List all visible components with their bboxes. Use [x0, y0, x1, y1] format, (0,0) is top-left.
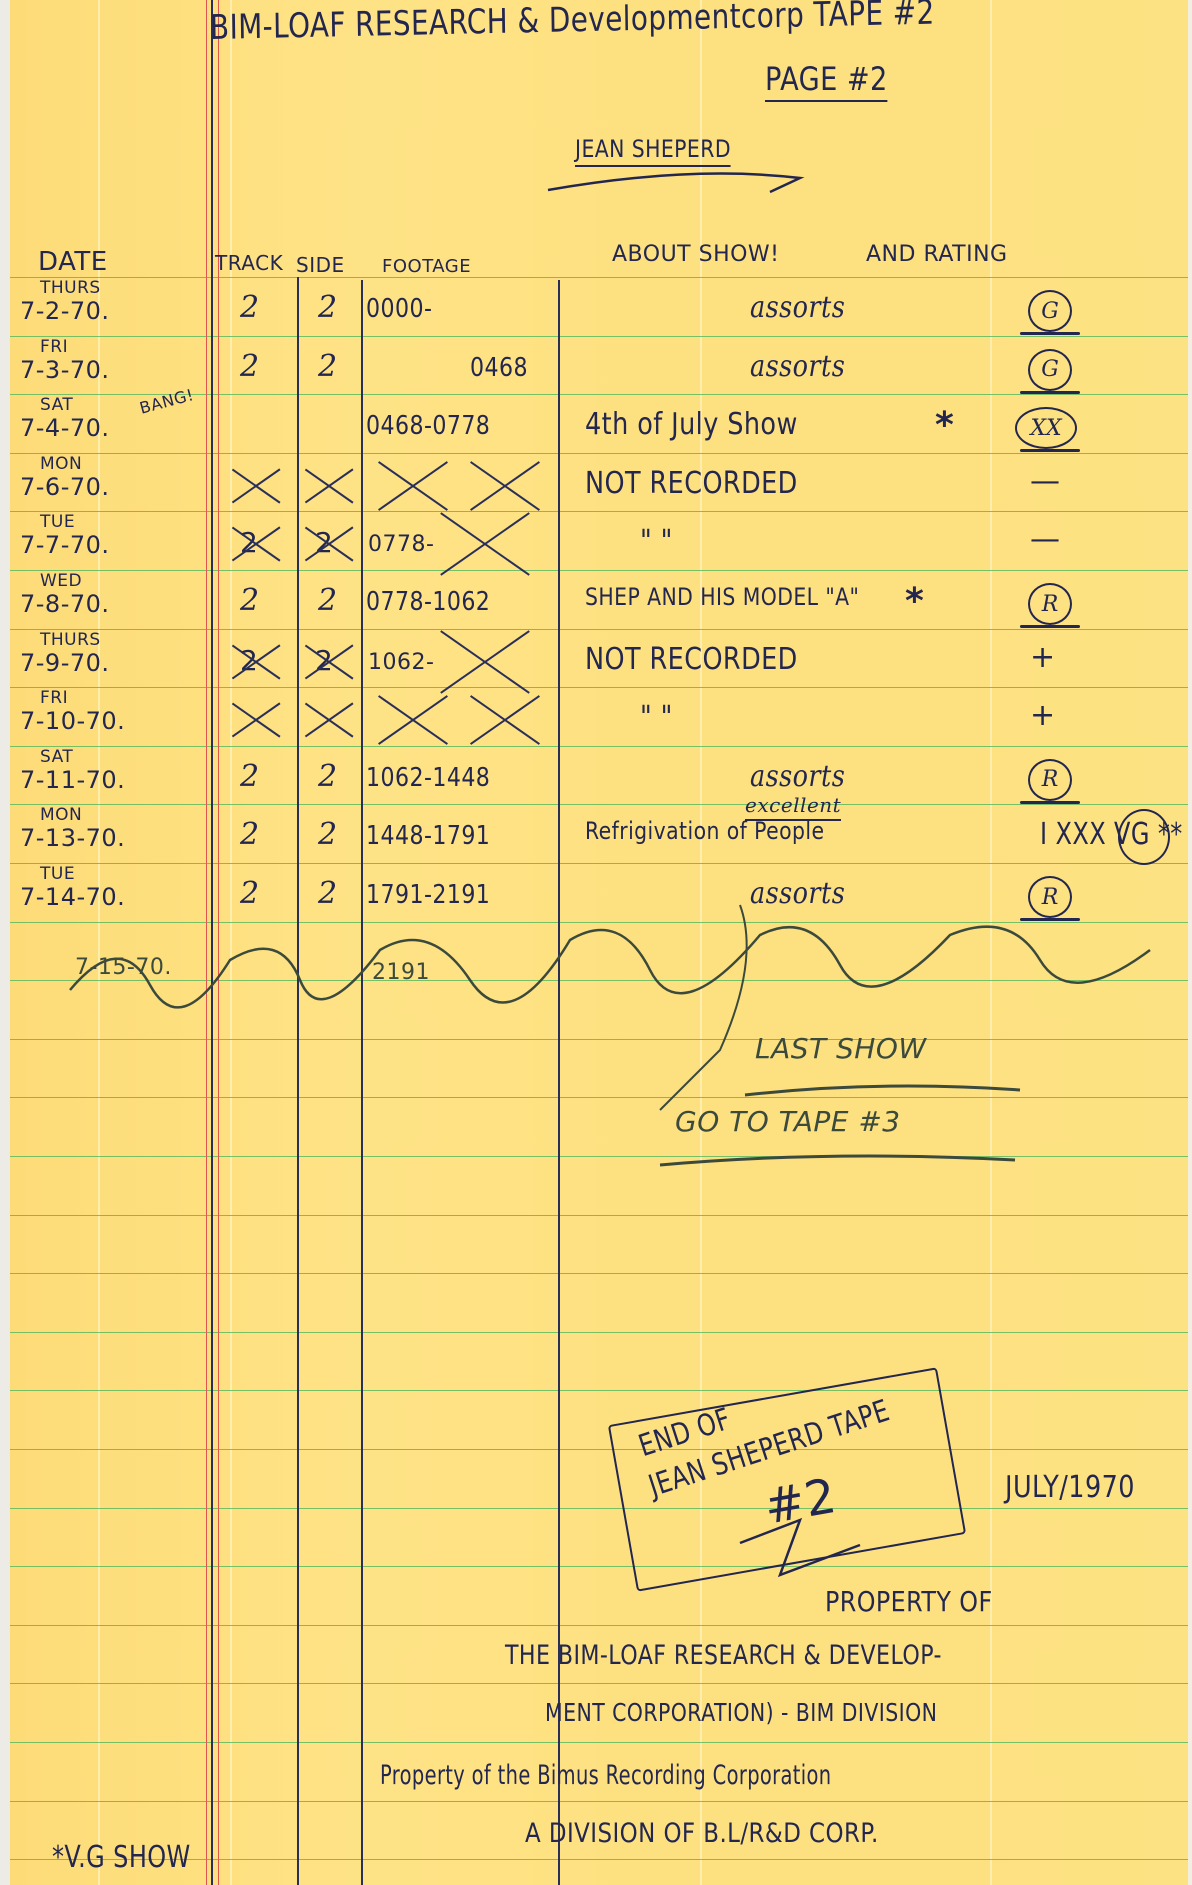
property-line-5: A DIVISION OF B.L/R&D CORP. [525, 1818, 879, 1849]
property-line-2: THE BIM-LOAF RESEARCH & DEVELOP- [505, 1640, 942, 1671]
property-line-1: PROPERTY OF [825, 1585, 993, 1618]
date-note: JULY/1970 [1005, 1470, 1135, 1505]
property-line-4: Property of the Bimus Recording Corporat… [380, 1760, 831, 1791]
go-to-tape-note: GO TO TAPE #3 [675, 1105, 901, 1138]
crossed-date: 7-15-70. [75, 955, 172, 980]
crossed-footage: 2191 [372, 960, 430, 985]
last-show-note: LAST SHOW [755, 1032, 927, 1065]
scribble-crossout [0, 0, 1192, 1885]
footnote-vg-show: *V.G SHOW [52, 1840, 191, 1875]
property-line-3: MENT CORPORATION) - BIM DIVISION [545, 1698, 937, 1727]
